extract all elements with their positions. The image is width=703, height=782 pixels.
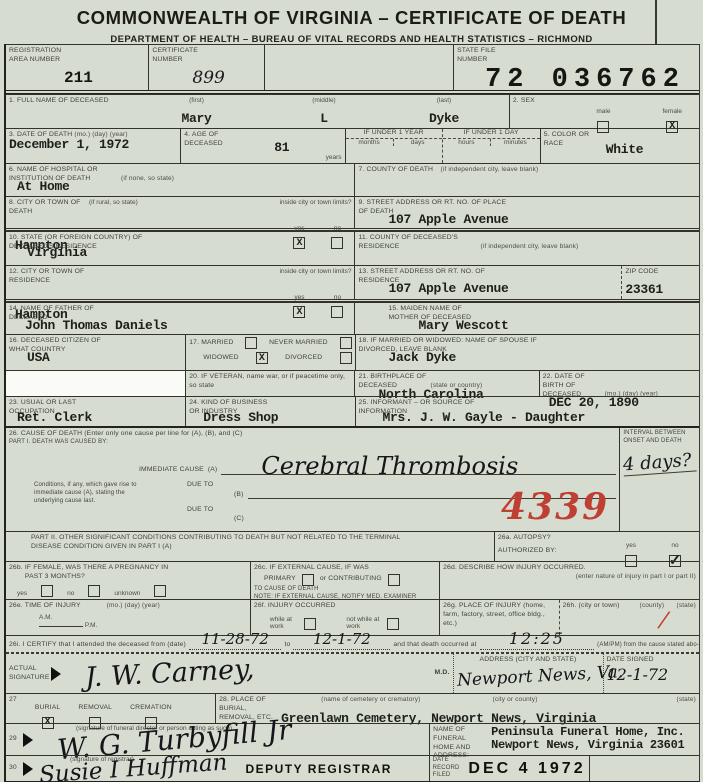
date-record-field: DATE RECORD FILED DEC 4 1972 xyxy=(429,756,589,781)
months-col: months xyxy=(346,139,394,146)
birthplace-field: 21. BIRTHPLACE OF DECEASED (state or cou… xyxy=(354,371,538,396)
zip-field: ZIP CODE 23361 xyxy=(621,266,699,299)
residence-county-field: 11. COUNTY OF DECEASED'S RESIDENCE (if i… xyxy=(354,232,699,265)
certify-text: I CERTIFY that I attended the deceased f… xyxy=(23,641,186,648)
pregnancy-field: 26b. IF FEMALE, WAS THERE A PREGNANCY IN… xyxy=(6,562,250,599)
actual-signature-label: ACTUAL SIGNATURE xyxy=(9,665,43,683)
under-one-table: IF UNDER 1 YEAR months days IF UNDER 1 D… xyxy=(345,129,540,163)
how-injury-hint: (enter nature of injury in part I or par… xyxy=(576,573,696,581)
funeral-home-label: NAME OF FUNERAL HOME AND ADDRESS: xyxy=(433,726,485,753)
due-to-label-2: DUE TO xyxy=(187,506,213,515)
sex-field: 2. SEX male female X xyxy=(509,95,699,128)
date-filed-stamp: DEC 4 1972 xyxy=(468,760,585,778)
time-injury-line xyxy=(39,621,83,627)
limits-label: inside city or town limits? xyxy=(280,199,352,217)
attended-to-date: 12-1-72 xyxy=(313,630,371,648)
date-signed-value: 12-1-72 xyxy=(607,665,697,684)
interval-field: INTERVAL BETWEEN ONSET AND DEATH 4 days? xyxy=(619,428,699,531)
female-label: female xyxy=(662,108,682,115)
never-married-label: NEVER MARRIED xyxy=(269,339,328,348)
full-name-field: 1. FULL NAME OF DECEASED (first) (middle… xyxy=(6,95,509,128)
line-b-tag: (B) xyxy=(234,491,244,500)
pregnancy-no-checkbox xyxy=(88,585,100,597)
physician-signature-row: ACTUAL SIGNATURE J. W. Carney, M.D. ADDR… xyxy=(6,653,699,693)
how-injury-num: 26d. xyxy=(443,564,457,571)
full-name-label: 1. FULL NAME OF DECEASED xyxy=(9,97,129,106)
business-field: 24. KIND OF BUSINESS OR INDUSTRY Dress S… xyxy=(185,397,354,426)
pregnancy-unknown-label: unknown xyxy=(114,590,140,597)
pregnancy-no-label: no xyxy=(67,590,74,597)
time-injury-num: 26e. xyxy=(9,602,23,609)
autopsy-no-label: no xyxy=(671,542,678,549)
last-name-value: Dyke xyxy=(384,112,504,126)
county-of-death-label: 7. COUNTY OF DEATH xyxy=(358,166,438,175)
place-injury-num: 26g. xyxy=(443,602,457,609)
age-value: 81 xyxy=(274,141,341,155)
address-of-death-field: 9. STREET ADDRESS OR RT. NO. OF PLACE OF… xyxy=(354,197,699,228)
color-race-label: 5. COLOR OR RACE xyxy=(544,131,590,149)
funeral-home-line1: Peninsula Funeral Home, Inc. xyxy=(491,726,684,739)
date-of-death-field: 3. DATE OF DEATH (mo.) (day) (year) Dece… xyxy=(6,129,180,163)
spouse-field: 18. IF MARRIED OR WIDOWED: NAME OF SPOUS… xyxy=(355,335,700,370)
while-at-work-label: while at work xyxy=(270,616,300,630)
row-disposition-burial: 27 BURIALX REMOVAL CREMATION 28. PLACE O… xyxy=(6,693,699,723)
interval-handwriting: 4 days? xyxy=(623,449,697,476)
autopsy-field: 26a. AUTOPSY? AUTHORIZED BY: yes no✓ xyxy=(494,532,699,561)
autopsy-label: AUTOPSY? xyxy=(513,534,550,541)
middle-name-value: L xyxy=(264,112,384,126)
never-married-checkbox xyxy=(340,337,352,349)
county-of-death-hint: (if independent city, leave blank) xyxy=(441,166,539,173)
color-race-field: 5. COLOR OR RACE White xyxy=(540,129,699,163)
row-veteran-birth: 20. IF VETERAN, name war, or if peacetim… xyxy=(6,370,699,396)
first-hint: (first) xyxy=(129,97,264,106)
red-code-stamp: 4339 xyxy=(501,486,609,528)
residence-state-field: 10. STATE (OR FOREIGN COUNTRY) OF DECEAS… xyxy=(6,232,354,265)
physician-signature-field: ACTUAL SIGNATURE J. W. Carney, M.D. xyxy=(6,654,454,693)
date-of-death-value: December 1, 1972 xyxy=(9,138,177,152)
row-pregnancy-external: 26b. IF FEMALE, WAS THERE A PREGNANCY IN… xyxy=(6,561,699,599)
certificate-number-value: 899 xyxy=(192,68,261,88)
funeral-num: 29 xyxy=(9,735,17,744)
registrar-signature-field: 30 (signature of registrar) Susie I Huff… xyxy=(6,756,429,781)
certificate-header: COMMONWEALTH OF VIRGINIA – CERTIFICATE O… xyxy=(0,0,703,45)
residence-city-field: 12. CITY OR TOWN OF RESIDENCE inside cit… xyxy=(6,266,354,299)
certify-mid-text: and that death occurred at xyxy=(393,641,476,650)
autopsy-yes-label: yes xyxy=(626,542,636,549)
row-death-date-age-race: 3. DATE OF DEATH (mo.) (day) (year) Dece… xyxy=(6,128,699,163)
certify-field: 26i. I CERTIFY that I attended the decea… xyxy=(6,636,702,652)
cause-label: 26. CAUSE OF DEATH (Enter only one cause… xyxy=(9,430,616,439)
divorced-label: DIVORCED xyxy=(285,354,322,363)
death-certificate: COMMONWEALTH OF VIRGINIA – CERTIFICATE O… xyxy=(0,0,703,782)
am-label: A.M. xyxy=(39,614,247,621)
age-label: 4. AGE OF DECEASED xyxy=(184,131,234,149)
veteran-label: 20. IF VETERAN, name war, or if peacetim… xyxy=(189,373,351,391)
zip-value: 23361 xyxy=(625,283,696,297)
interval-label: INTERVAL BETWEEN ONSET AND DEATH xyxy=(623,430,696,446)
attended-from-date: 11-28-72 xyxy=(201,630,268,648)
residence-limits-label: inside city or town limits? xyxy=(280,268,352,286)
date-record-label: DATE RECORD FILED xyxy=(433,757,461,780)
row-occupation-informant: 23. USUAL OR LAST OCCUPATION Ret. Clerk … xyxy=(6,396,699,426)
authorized-by-label: AUTHORIZED BY: xyxy=(498,547,696,556)
line-a-tag: (A) xyxy=(208,466,218,475)
hours-col: hours xyxy=(443,139,492,146)
minutes-col: minutes xyxy=(491,139,540,146)
cremation-label: CREMATION xyxy=(130,704,172,711)
hospital-value: At Home xyxy=(9,180,351,194)
not-while-at-work-checkbox xyxy=(387,618,399,630)
contributing-checkbox xyxy=(388,574,400,586)
primary-label: PRIMARY xyxy=(254,575,296,584)
physician-signature: J. W. Carney, xyxy=(84,654,255,694)
external-label: IF EXTERNAL CAUSE, IF WAS xyxy=(269,564,369,571)
cause-line-a: Cerebral Thrombosis xyxy=(221,449,616,475)
certify-num: 26i. xyxy=(9,641,21,648)
conditions-note: Conditions, if any, which gave rise to i… xyxy=(34,482,144,505)
row-city-death-address: 8. CITY OR TOWN OF DEATH (if rural, so s… xyxy=(6,196,699,231)
funeral-home-field: NAME OF FUNERAL HOME AND ADDRESS: Penins… xyxy=(429,724,699,755)
residence-county-hint: (if independent city, leave blank) xyxy=(481,243,579,250)
color-race-value: White xyxy=(606,143,696,157)
if-under-1-day: IF UNDER 1 DAY hours minutes xyxy=(443,129,540,163)
time-injury-label: TIME OF INJURY xyxy=(25,602,81,609)
page-title: COMMONWEALTH OF VIRGINIA – CERTIFICATE O… xyxy=(0,7,703,29)
informant-field: 25. INFORMANT – OR SOURCE OF INFORMATION… xyxy=(355,397,700,426)
burial-hint-state: (state) xyxy=(677,696,696,704)
days-col: days xyxy=(394,139,442,146)
widowed-label: WIDOWED xyxy=(189,354,238,363)
registration-area-value: 211 xyxy=(64,69,145,87)
burial-hint-city: (city or county) xyxy=(493,696,538,703)
burial-hint-cemetery: (name of cemetery or crematory) xyxy=(321,696,420,703)
registrar-empty-cell xyxy=(589,756,699,781)
immediate-cause-label: IMMEDIATE CAUSE xyxy=(139,466,204,475)
citizen-value: USA xyxy=(9,351,182,365)
registrar-pointer-icon xyxy=(23,762,33,776)
residence-city-label: 12. CITY OR TOWN OF RESIDENCE xyxy=(9,268,99,286)
injury-occurred-label: INJURY OCCURRED xyxy=(268,602,336,609)
while-at-work-checkbox xyxy=(304,618,316,630)
pm-label: P.M. xyxy=(85,622,98,629)
pregnancy-unknown-checkbox xyxy=(154,585,166,597)
place-injury-label: PLACE OF INJURY (home, farm, factory, st… xyxy=(443,602,545,627)
marital-status-field: 17. MARRIED NEVER MARRIED WIDOWED X DIVO… xyxy=(185,335,354,370)
primary-checkbox xyxy=(302,574,314,586)
row-residence-city-address: 12. CITY OR TOWN OF RESIDENCE inside cit… xyxy=(6,265,699,302)
if-under-1-year: IF UNDER 1 YEAR months days xyxy=(346,129,443,163)
veteran-field: 20. IF VETERAN, name war, or if peacetim… xyxy=(185,371,354,396)
age-field: 4. AGE OF DECEASED 81 years xyxy=(180,129,344,163)
married-checkbox xyxy=(245,337,257,349)
certificate-number-label: CERTIFICATE NUMBER xyxy=(152,47,204,65)
row-registrar: 30 (signature of registrar) Susie I Huff… xyxy=(6,755,699,781)
residence-yes-label: yes xyxy=(294,294,304,301)
deputy-registrar-stamp: DEPUTY REGISTRAR xyxy=(245,762,391,776)
cause-of-death-section: 26. CAUSE OF DEATH (Enter only one cause… xyxy=(6,426,699,531)
mother-value: Mary Wescott xyxy=(358,319,696,333)
pregnancy-yes-label: yes xyxy=(17,590,27,597)
disposition-num: 27 xyxy=(9,696,17,705)
external-num: 26c. xyxy=(254,564,267,571)
top-bar-spacer xyxy=(264,45,453,90)
residence-address-field: 13. STREET ADDRESS OR RT. NO. OF RESIDEN… xyxy=(354,266,621,299)
how-injury-field: 26d. DESCRIBE HOW INJURY OCCURRED. (ente… xyxy=(439,562,699,599)
citizen-field: 16. DECEASED CITIZEN OF WHAT COUNTRY USA xyxy=(6,335,185,370)
pregnancy-yes-checkbox xyxy=(41,585,53,597)
funeral-pointer-icon xyxy=(23,733,33,747)
certificate-form: REGISTRATION AREA NUMBER 211 CERTIFICATE… xyxy=(4,44,700,782)
middle-hint: (middle) xyxy=(264,97,384,106)
city-of-death-field: 8. CITY OR TOWN OF DEATH (if rural, so s… xyxy=(6,197,354,228)
city-of-death-hint: (if rural, so state) xyxy=(89,199,209,217)
city-of-death-label: 8. CITY OR TOWN OF DEATH xyxy=(9,199,89,217)
line-c-tag: (C) xyxy=(234,515,244,524)
row-parents: 14. NAME OF FATHER OF DECEASED John Thom… xyxy=(6,302,699,334)
county-of-death-field: 7. COUNTY OF DEATH (if independent city,… xyxy=(354,164,699,196)
physician-address-field: ADDRESS (CITY AND STATE) Newport News, V… xyxy=(454,654,604,693)
how-injury-label: DESCRIBE HOW INJURY OCCURRED. xyxy=(459,564,586,571)
certify-to-word: to xyxy=(284,641,290,650)
registration-area-label: REGISTRATION AREA NUMBER xyxy=(9,47,71,65)
pregnancy-label: IF FEMALE, WAS THERE A PREGNANCY IN PAST… xyxy=(25,564,185,582)
row-funeral-director: 29 (signature of funeral director or per… xyxy=(6,723,699,755)
under-day-header: IF UNDER 1 DAY xyxy=(443,129,540,139)
not-while-at-work-label: not while at work xyxy=(346,616,382,630)
row-hospital-county: 6. NAME OF HOSPITAL OR INSTITUTION OF DE… xyxy=(6,163,699,196)
contributing-label: or CONTRIBUTING xyxy=(320,575,382,584)
spouse-value: Jack Dyke xyxy=(359,351,697,365)
residence-county-label: 11. COUNTY OF DECEASED'S RESIDENCE xyxy=(358,234,478,252)
occupation-field: 23. USUAL OR LAST OCCUPATION Ret. Clerk xyxy=(6,397,185,426)
father-field: 14. NAME OF FATHER OF DECEASED John Thom… xyxy=(6,303,354,334)
pregnancy-num: 26b. xyxy=(9,564,23,571)
married-label: MARRIED xyxy=(201,339,233,346)
external-tail: TO CAUSE OF DEATH xyxy=(254,586,436,594)
top-right-rule xyxy=(655,0,657,44)
mother-field: 15. MAIDEN NAME OF MOTHER OF DECEASED Ma… xyxy=(354,303,699,334)
widowed-checkbox: X xyxy=(256,352,268,364)
certify-row: 26i. I CERTIFY that I attended the decea… xyxy=(6,635,699,653)
removal-label: REMOVAL xyxy=(78,704,112,711)
burial-label: BURIAL xyxy=(35,704,60,711)
male-label: male xyxy=(596,108,610,115)
zip-label: ZIP CODE xyxy=(625,268,696,277)
part2-autopsy-row: PART II. OTHER SIGNIFICANT CONDITIONS CO… xyxy=(6,531,699,561)
red-slash-mark: / xyxy=(658,608,669,634)
residence-no-label: no xyxy=(334,294,341,301)
occupation-value: Ret. Clerk xyxy=(9,411,182,425)
last-hint: (last) xyxy=(384,97,504,106)
due-to-label-1: DUE TO xyxy=(187,481,213,490)
autopsy-num: 26a. xyxy=(498,534,512,541)
physician-address-value: Newport News, Va. xyxy=(456,663,600,690)
hospital-field: 6. NAME OF HOSPITAL OR INSTITUTION OF DE… xyxy=(6,164,354,196)
divorced-checkbox xyxy=(340,352,352,364)
part2-field: PART II. OTHER SIGNIFICANT CONDITIONS CO… xyxy=(6,532,494,561)
date-of-birth-field: 22. DATE OF BIRTH OF DECEASED (mo.) (day… xyxy=(539,371,699,396)
cause-a-handwriting: Cerebral Thrombosis xyxy=(261,452,518,480)
business-value: Dress Shop xyxy=(189,411,351,425)
injury-city-hint: (city or town) xyxy=(578,602,619,609)
top-bar: REGISTRATION AREA NUMBER 211 CERTIFICATE… xyxy=(6,44,699,94)
state-file-label: STATE FILE NUMBER xyxy=(457,47,507,65)
address-of-death-value: 107 Apple Avenue xyxy=(358,213,696,227)
disposition-field: 27 BURIALX REMOVAL CREMATION xyxy=(6,694,215,723)
row-citizen-marital-spouse: 16. DECEASED CITIZEN OF WHAT COUNTRY USA… xyxy=(6,334,699,370)
residence-address-value: 107 Apple Avenue xyxy=(358,282,618,296)
injury-location-num: 26h. xyxy=(563,602,577,609)
funeral-home-line2: Newport News, Virginia 23601 xyxy=(491,739,684,752)
time-injury-hint: (mo.) (day) (year) xyxy=(107,602,160,609)
part2-label: PART II. OTHER SIGNIFICANT CONDITIONS CO… xyxy=(9,534,429,552)
cause-part1-label: PART I. DEATH WAS CAUSED BY: xyxy=(9,439,616,447)
injury-state-hint: (state) xyxy=(677,602,696,610)
md-suffix: M.D. xyxy=(435,669,450,678)
date-signed-field: DATE SIGNED 12-1-72 xyxy=(604,654,700,693)
registration-area-field: REGISTRATION AREA NUMBER 211 xyxy=(6,45,148,90)
injury-county-hint: (county) xyxy=(640,602,665,609)
first-name-value: Mary xyxy=(129,112,264,126)
signature-pointer-icon xyxy=(51,667,61,681)
external-cause-field: 26c. IF EXTERNAL CAUSE, IF WAS PRIMARY o… xyxy=(250,562,439,599)
row-name-sex: 1. FULL NAME OF DECEASED (first) (middle… xyxy=(6,94,699,128)
row-residence-state-county: 10. STATE (OR FOREIGN COUNTRY) OF DECEAS… xyxy=(6,231,699,265)
informant-value: Mrs. J. W. Gayle - Daughter xyxy=(359,411,697,425)
marital-num: 17. xyxy=(189,339,199,346)
redacted-area xyxy=(6,371,185,396)
death-time-value: 12:25 xyxy=(509,629,565,648)
certify-tail-text: (AM/PM) from the cause stated abo- xyxy=(597,642,699,650)
state-file-value: 72 036762 xyxy=(485,65,696,95)
date-signed-label: DATE SIGNED xyxy=(607,656,697,665)
certificate-number-field: CERTIFICATE NUMBER 899 xyxy=(148,45,264,90)
registrar-num: 30 xyxy=(9,764,17,773)
age-unit: years xyxy=(326,154,342,161)
cause-main: 26. CAUSE OF DEATH (Enter only one cause… xyxy=(6,428,619,531)
state-file-field: STATE FILE NUMBER 72 036762 xyxy=(453,45,699,90)
father-value: John Thomas Daniels xyxy=(9,319,351,333)
injury-occurred-num: 26f. xyxy=(254,602,266,609)
under-year-header: IF UNDER 1 YEAR xyxy=(346,129,442,139)
residence-state-value: Virginia xyxy=(9,246,351,260)
